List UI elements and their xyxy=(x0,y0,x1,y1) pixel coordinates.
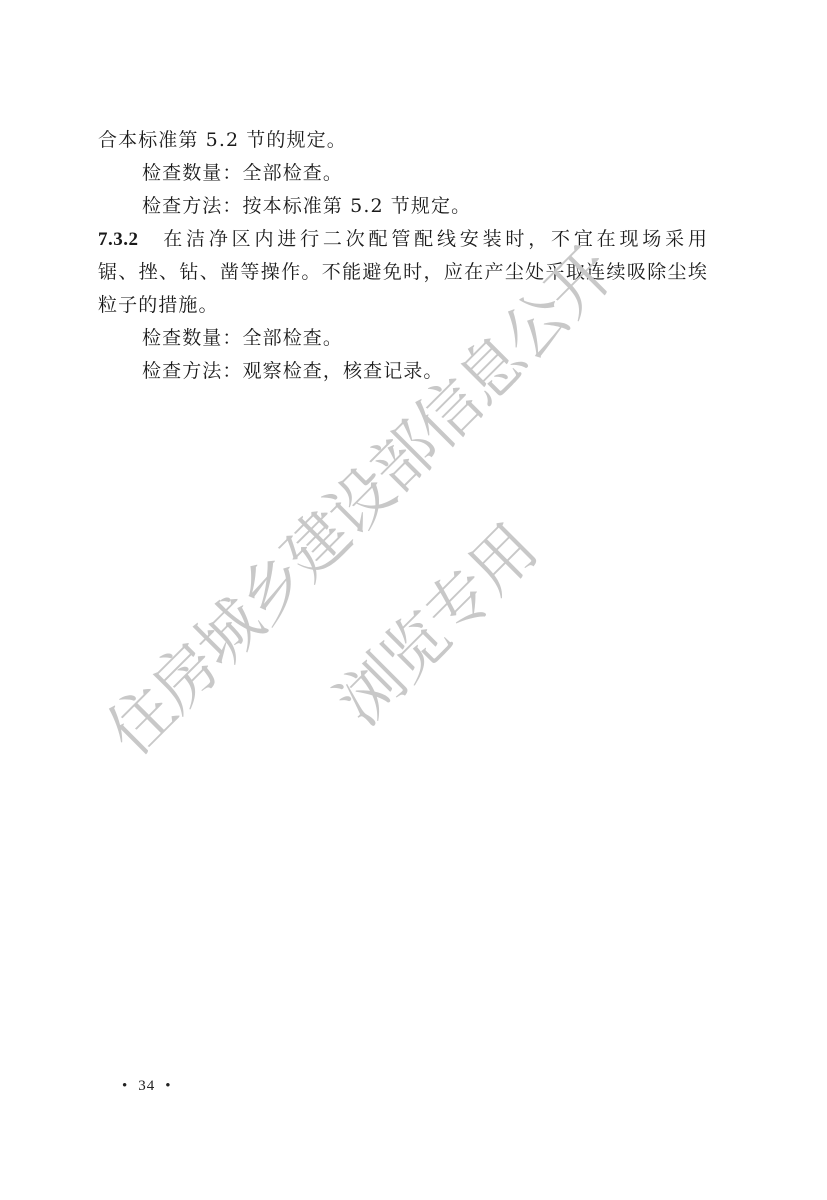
page-number: 34 xyxy=(138,1078,155,1094)
clause-7-3-2-line-3: 粒子的措施。 xyxy=(98,289,708,322)
body-line-continuation: 合本标准第 5.2 节的规定。 xyxy=(98,124,708,157)
clause-text-1: 在洁净区内进行二次配管配线安装时，不宜在现场采用 xyxy=(161,228,709,250)
clause-check-quantity: 检查数量：全部检查。 xyxy=(98,322,708,355)
clause-7-3-2-line-1: 7.3.2在洁净区内进行二次配管配线安装时，不宜在现场采用 xyxy=(98,223,708,256)
watermark-line-2: 浏览专用 xyxy=(313,502,553,742)
clause-7-3-2-line-2: 锯、挫、钻、凿等操作。不能避免时，应在产尘处采取连续吸除尘埃 xyxy=(98,256,708,289)
clause-check-method: 检查方法：观察检查，核查记录。 xyxy=(98,355,708,388)
clause-number: 7.3.2 xyxy=(98,229,139,250)
bullet-right-icon: • xyxy=(165,1078,171,1094)
page-footer: •34• xyxy=(112,1078,182,1095)
check-method-line: 检查方法：按本标准第 5.2 节规定。 xyxy=(98,190,708,223)
bullet-left-icon: • xyxy=(122,1078,128,1094)
document-page: 合本标准第 5.2 节的规定。 检查数量：全部检查。 检查方法：按本标准第 5.… xyxy=(0,0,827,1200)
check-quantity-line: 检查数量：全部检查。 xyxy=(98,157,708,190)
page-body: 合本标准第 5.2 节的规定。 检查数量：全部检查。 检查方法：按本标准第 5.… xyxy=(98,124,708,388)
